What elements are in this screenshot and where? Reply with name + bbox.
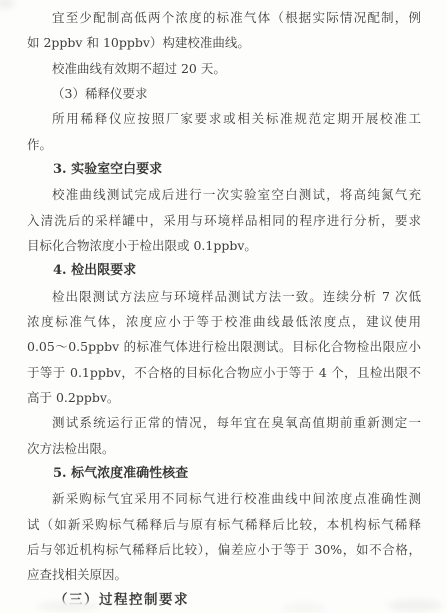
heading-process-control-requirements: （三）过程控制要求 [27, 588, 421, 613]
heading-detection-limit-requirements: 4. 检出限要求 [27, 258, 421, 283]
text-line: 后与邻近机构标气稀释后比较），偏差应小于等于 30%，如不合格， [27, 537, 421, 562]
heading-standard-gas-accuracy-check: 5. 标气浓度准确性核查 [27, 461, 421, 486]
text-line: 高于 0.2ppbv。 [27, 385, 421, 410]
text-line: 检出限测试方法应与环境样品测试方法一致。连续分析 7 次低 [27, 284, 421, 309]
text-line: 如 2ppbv 和 10ppbv）构建校准曲线。 [27, 30, 421, 55]
text-line: 宜至少配制高低两个浓度的标准气体（根据实际情况配制，例 [27, 5, 421, 30]
text-line: 目标化合物浓度小于检出限或 0.1ppbv。 [27, 233, 421, 258]
text-line: 新采购标气宜采用不同标气进行校准曲线中间浓度点准确性测 [27, 486, 421, 511]
text-line: 入清洗后的采样罐中，采用与环境样品相同的程序进行分析，要求 [27, 208, 421, 233]
text-line: 次方法检出限。 [27, 436, 421, 461]
text-line: 0.05～0.5ppbv 的标准气体进行检出限测试。目标化合物检出限应小 [27, 334, 421, 359]
text-line: 应查找相关原因。 [27, 562, 421, 587]
text-line: 测试系统运行正常的情况，每年宜在臭氧高值期前重新测定一 [27, 410, 421, 435]
scanned-document-page: 宜至少配制高低两个浓度的标准气体（根据实际情况配制，例 如 2ppbv 和 10… [0, 0, 447, 613]
subitem-diluter-requirements: （3）稀释仪要求 [27, 81, 421, 106]
text-line: 浓度标准气体，浓度应小于等于校准曲线最低浓度点，建议使用 [27, 309, 421, 334]
text-line: 校准曲线测试完成后进行一次实验室空白测试，将高纯氮气充 [27, 182, 421, 207]
document-text-block: 宜至少配制高低两个浓度的标准气体（根据实际情况配制，例 如 2ppbv 和 10… [27, 5, 421, 613]
text-line: 校准曲线有效期不超过 20 天。 [27, 56, 421, 81]
text-line: 试（如新采购标气稀释后与原有标气稀释后比较，本机构标气稀释 [27, 512, 421, 537]
text-line: 作。 [27, 132, 421, 157]
scan-smudge [0, 0, 14, 9]
heading-lab-blank-requirements: 3. 实验室空白要求 [27, 157, 421, 182]
text-line: 所用稀释仪应按照厂家要求或相关标准规范定期开展校准工 [27, 106, 421, 131]
text-line: 于等于 0.1ppbv，不合格的目标化合物应小于等于 4 个，且检出限不 [27, 360, 421, 385]
